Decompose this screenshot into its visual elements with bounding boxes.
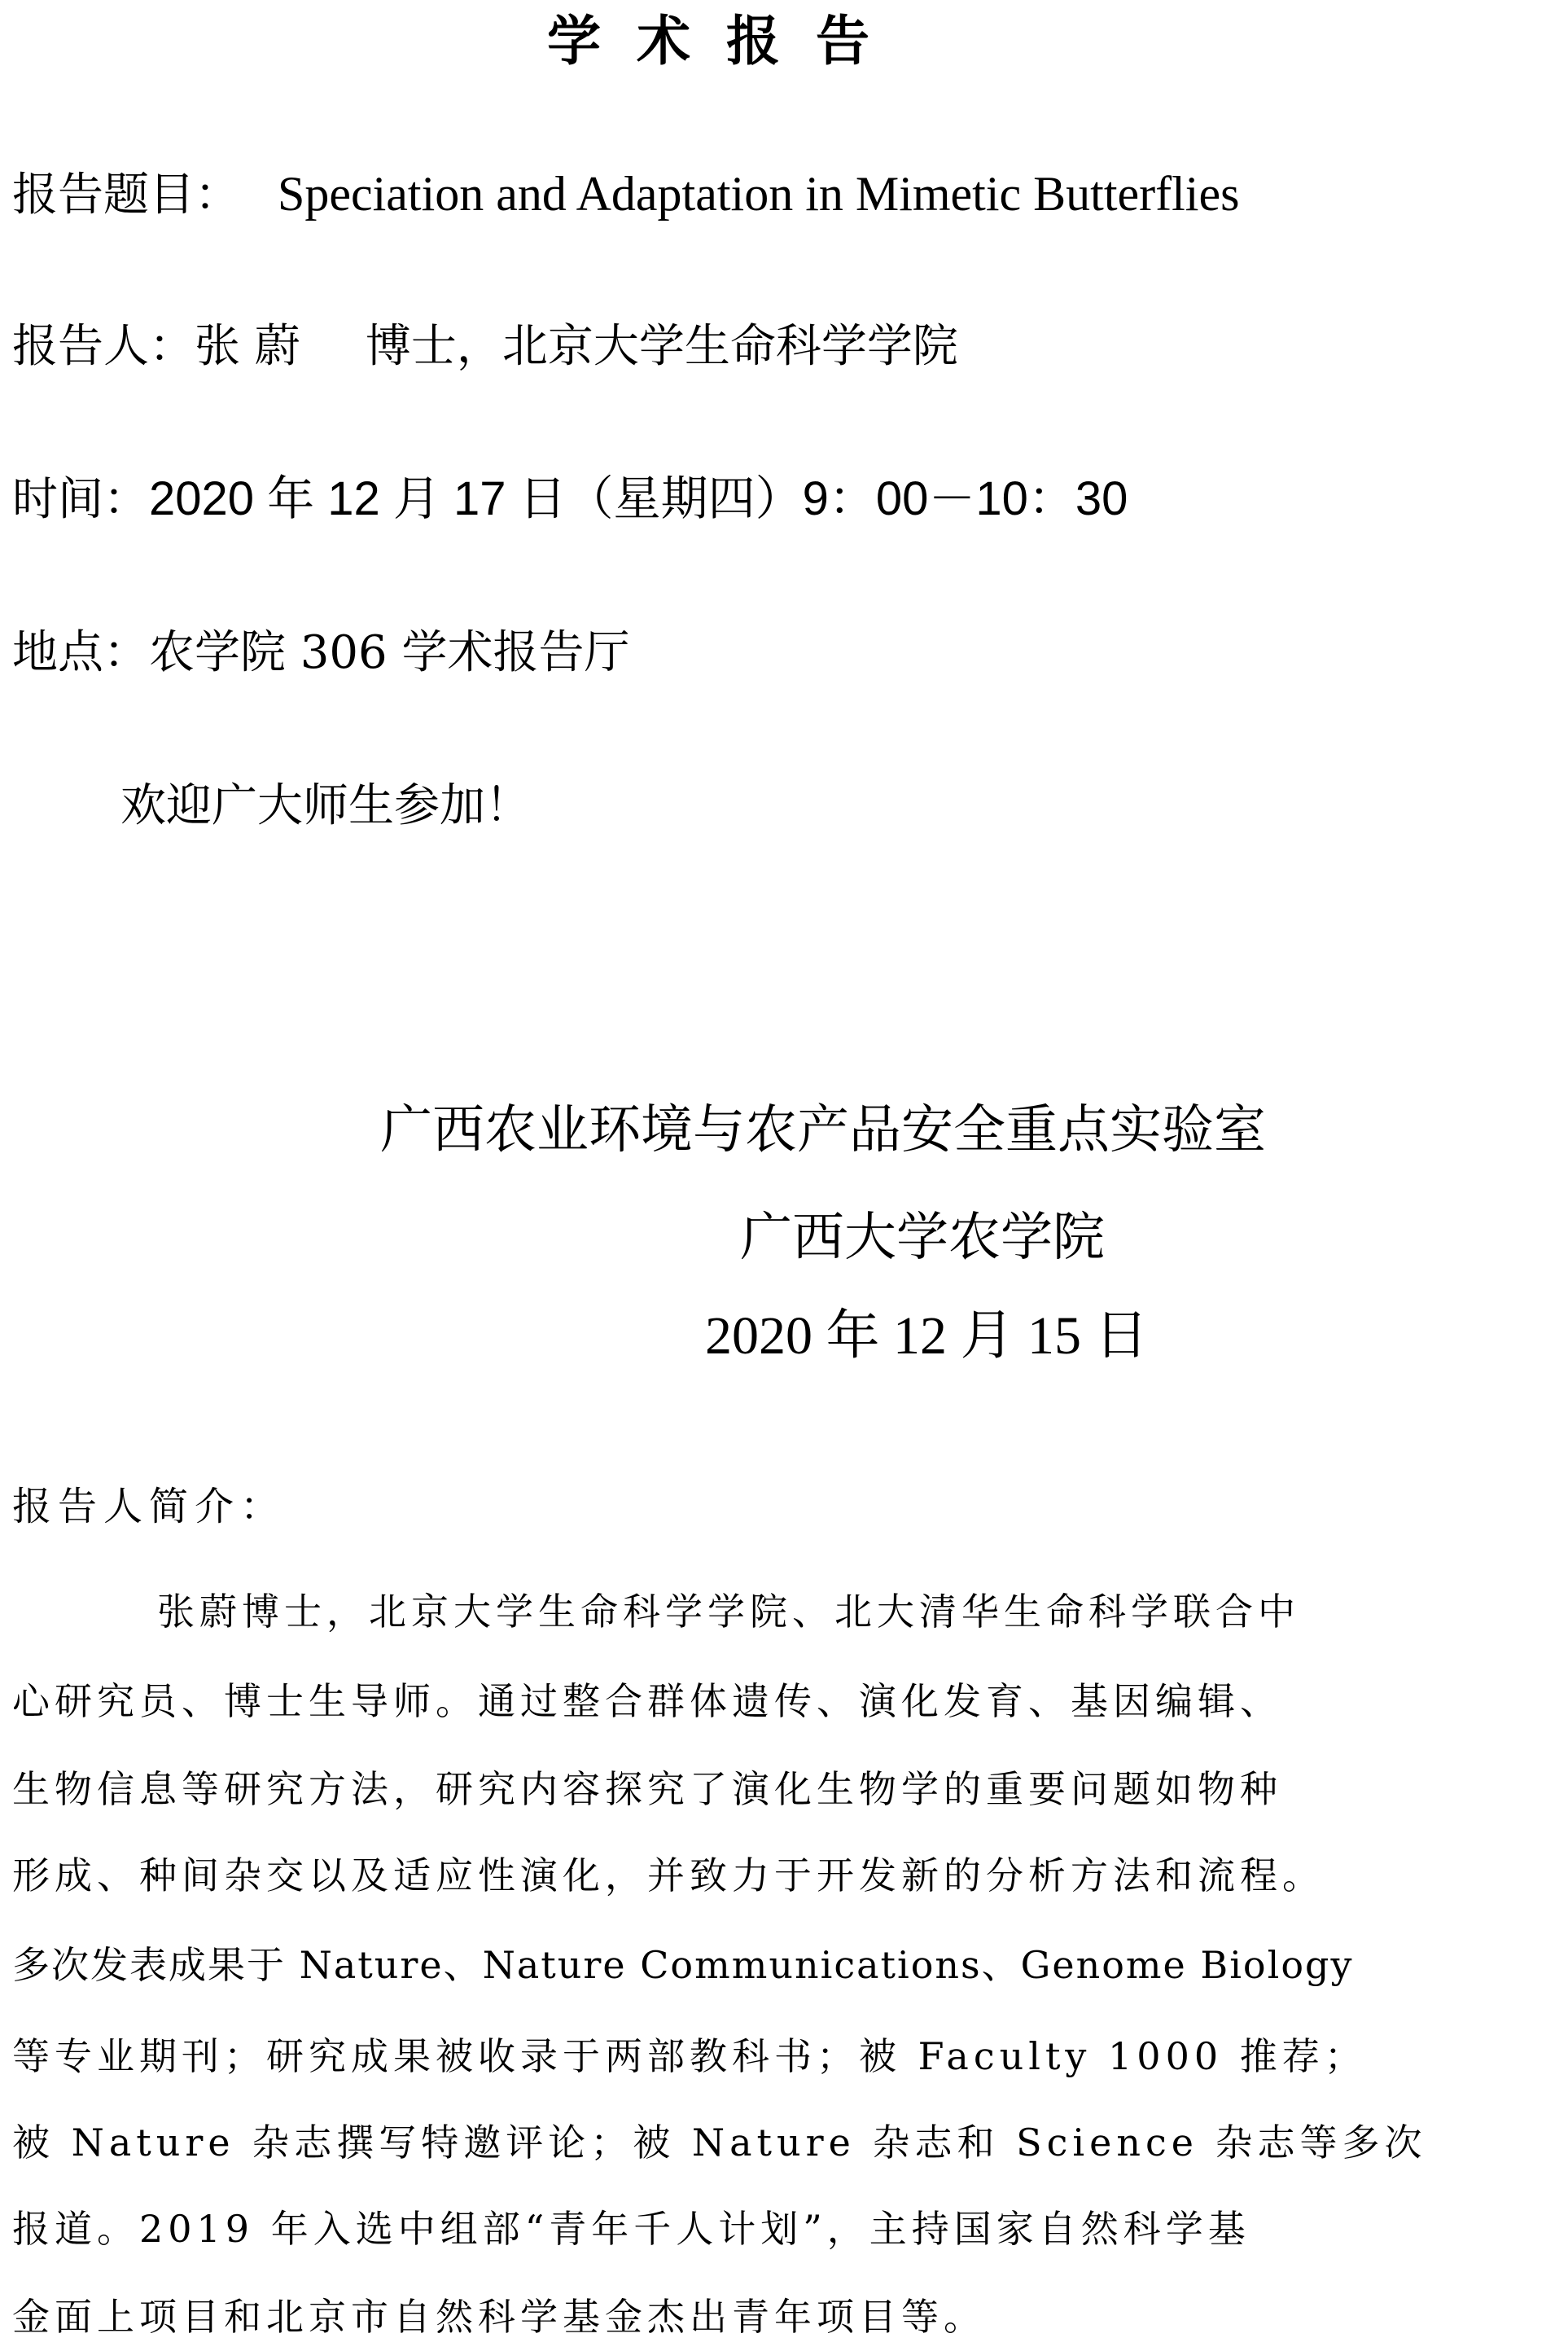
time-row: 时间：2020 年 12 月 17 日（星期四）9：00－10：30 bbox=[12, 476, 1128, 523]
welcome-text: 欢迎广大师生参加！ bbox=[120, 783, 531, 829]
bio-line: 等专业期刊；研究成果被收录于两部教科书；被 Faculty 1000 推荐； bbox=[12, 2037, 1421, 2075]
signature-org-lab: 广西农业环境与农产品安全重点实验室 bbox=[380, 1104, 1266, 1156]
speaker-row: 报告人：张 蔚博士，北京大学生命科学学院 bbox=[12, 324, 958, 370]
bio-line: 心研究员、博士生导师。通过整合群体遗传、演化发育、基因编辑、 bbox=[12, 1682, 1421, 1720]
bio-heading: 报告人简介： bbox=[12, 1487, 286, 1526]
location-label: 地点： bbox=[12, 626, 149, 679]
bio-line: 张蔚博士，北京大学生命科学学院、北大清华生命科学联合中 bbox=[157, 1593, 1566, 1630]
location-value: 农学院 306 学术报告厅 bbox=[149, 626, 630, 679]
speaker-name: 张 蔚 bbox=[195, 320, 300, 373]
signature-org-college: 广西大学农学院 bbox=[740, 1212, 1105, 1264]
topic-label: 报告题目： bbox=[12, 169, 240, 222]
topic-row: 报告题目：Speciation and Adaptation in Mimeti… bbox=[12, 169, 1239, 218]
time-label: 时间： bbox=[12, 473, 149, 526]
signature-date: 2020 年 12 月 15 日 bbox=[705, 1309, 1149, 1363]
bio-line: 多次发表成果于 Nature、Nature Communications、Gen… bbox=[12, 1946, 1421, 1984]
location-row: 地点：农学院 306 学术报告厅 bbox=[12, 630, 630, 676]
time-value: 2020 年 12 月 17 日（星期四）9：00－10：30 bbox=[149, 472, 1128, 525]
bio-line: 形成、种间杂交以及适应性演化，并致力于开发新的分析方法和流程。 bbox=[12, 1857, 1421, 1894]
bio-line: 金面上项目和北京市自然科学基金杰出青年项目等。 bbox=[12, 2298, 1421, 2336]
speaker-label: 报告人： bbox=[12, 320, 195, 373]
document-title: 学术报告 bbox=[547, 15, 905, 68]
bio-line: 被 Nature 杂志撰写特邀评论；被 Nature 杂志和 Science 杂… bbox=[12, 2124, 1421, 2161]
topic-value: Speciation and Adaptation in Mimetic But… bbox=[278, 167, 1239, 221]
bio-line: 生物信息等研究方法，研究内容探究了演化生物学的重要问题如物种 bbox=[12, 1770, 1421, 1808]
speaker-affiliation: 博士，北京大学生命科学学院 bbox=[366, 320, 958, 373]
bio-line: 报道。2019 年入选中组部“青年千人计划”，主持国家自然科学基 bbox=[12, 2210, 1421, 2248]
